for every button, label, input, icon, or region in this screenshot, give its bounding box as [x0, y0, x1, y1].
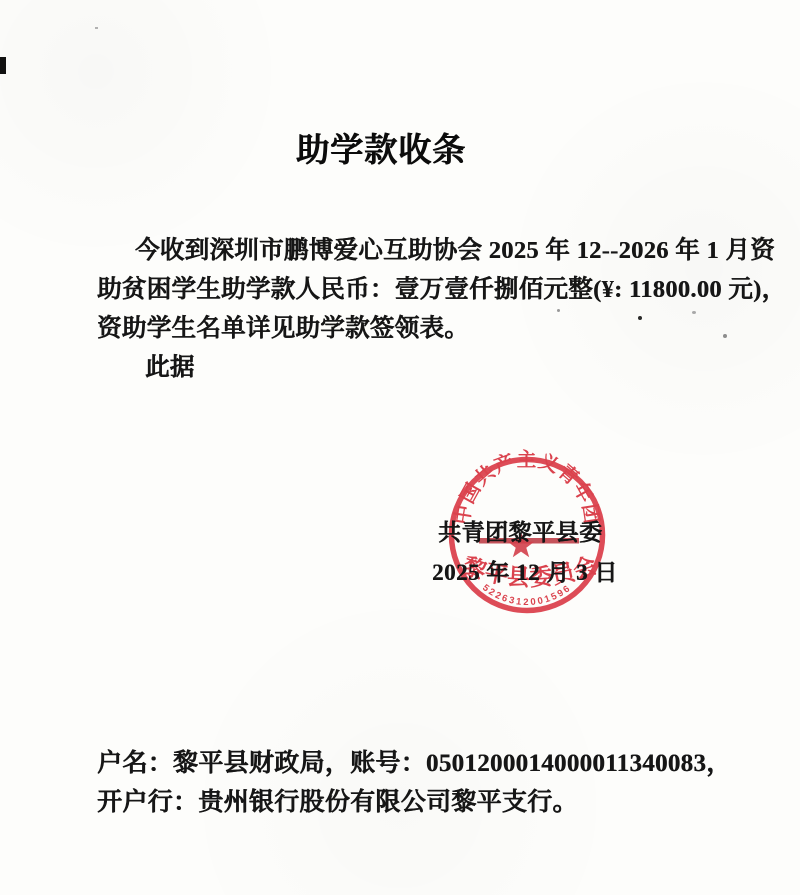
scan-artifact-speck [692, 311, 696, 314]
receipt-document: 助学款收条 今收到深圳市鹏博爱心互助协会 2025 年 12--2026 年 1… [0, 0, 800, 895]
signature-organization: 共青团黎平县委 [438, 514, 603, 547]
scan-artifact-speck [638, 316, 642, 320]
document-title: 助学款收条 [0, 124, 762, 171]
body-line-1: 今收到深圳市鹏博爱心互助协会 2025 年 12--2026 年 1 月资 [135, 239, 775, 264]
body-line-2: 助贫困学生助学款人民币：壹万壹仟捌佰元整(¥: 11800.00 元)， [97, 278, 786, 303]
bank-branch-line: 开户行：贵州银行股份有限公司黎平支行。 [97, 790, 578, 815]
signature-date: 2025 年 12 月 3 日 [432, 554, 618, 587]
scan-artifact-speck [557, 309, 560, 312]
scan-artifact-speck [95, 27, 98, 29]
body-line-4: 此据 [145, 356, 195, 381]
scan-artifact-speck [723, 334, 727, 338]
scan-artifact-edge-mark [0, 57, 6, 74]
bank-account-line: 户名：黎平县财政局，账号：0501200014000011340083， [97, 751, 731, 776]
body-line-3: 资助学生名单详见助学款签领表。 [97, 317, 469, 342]
